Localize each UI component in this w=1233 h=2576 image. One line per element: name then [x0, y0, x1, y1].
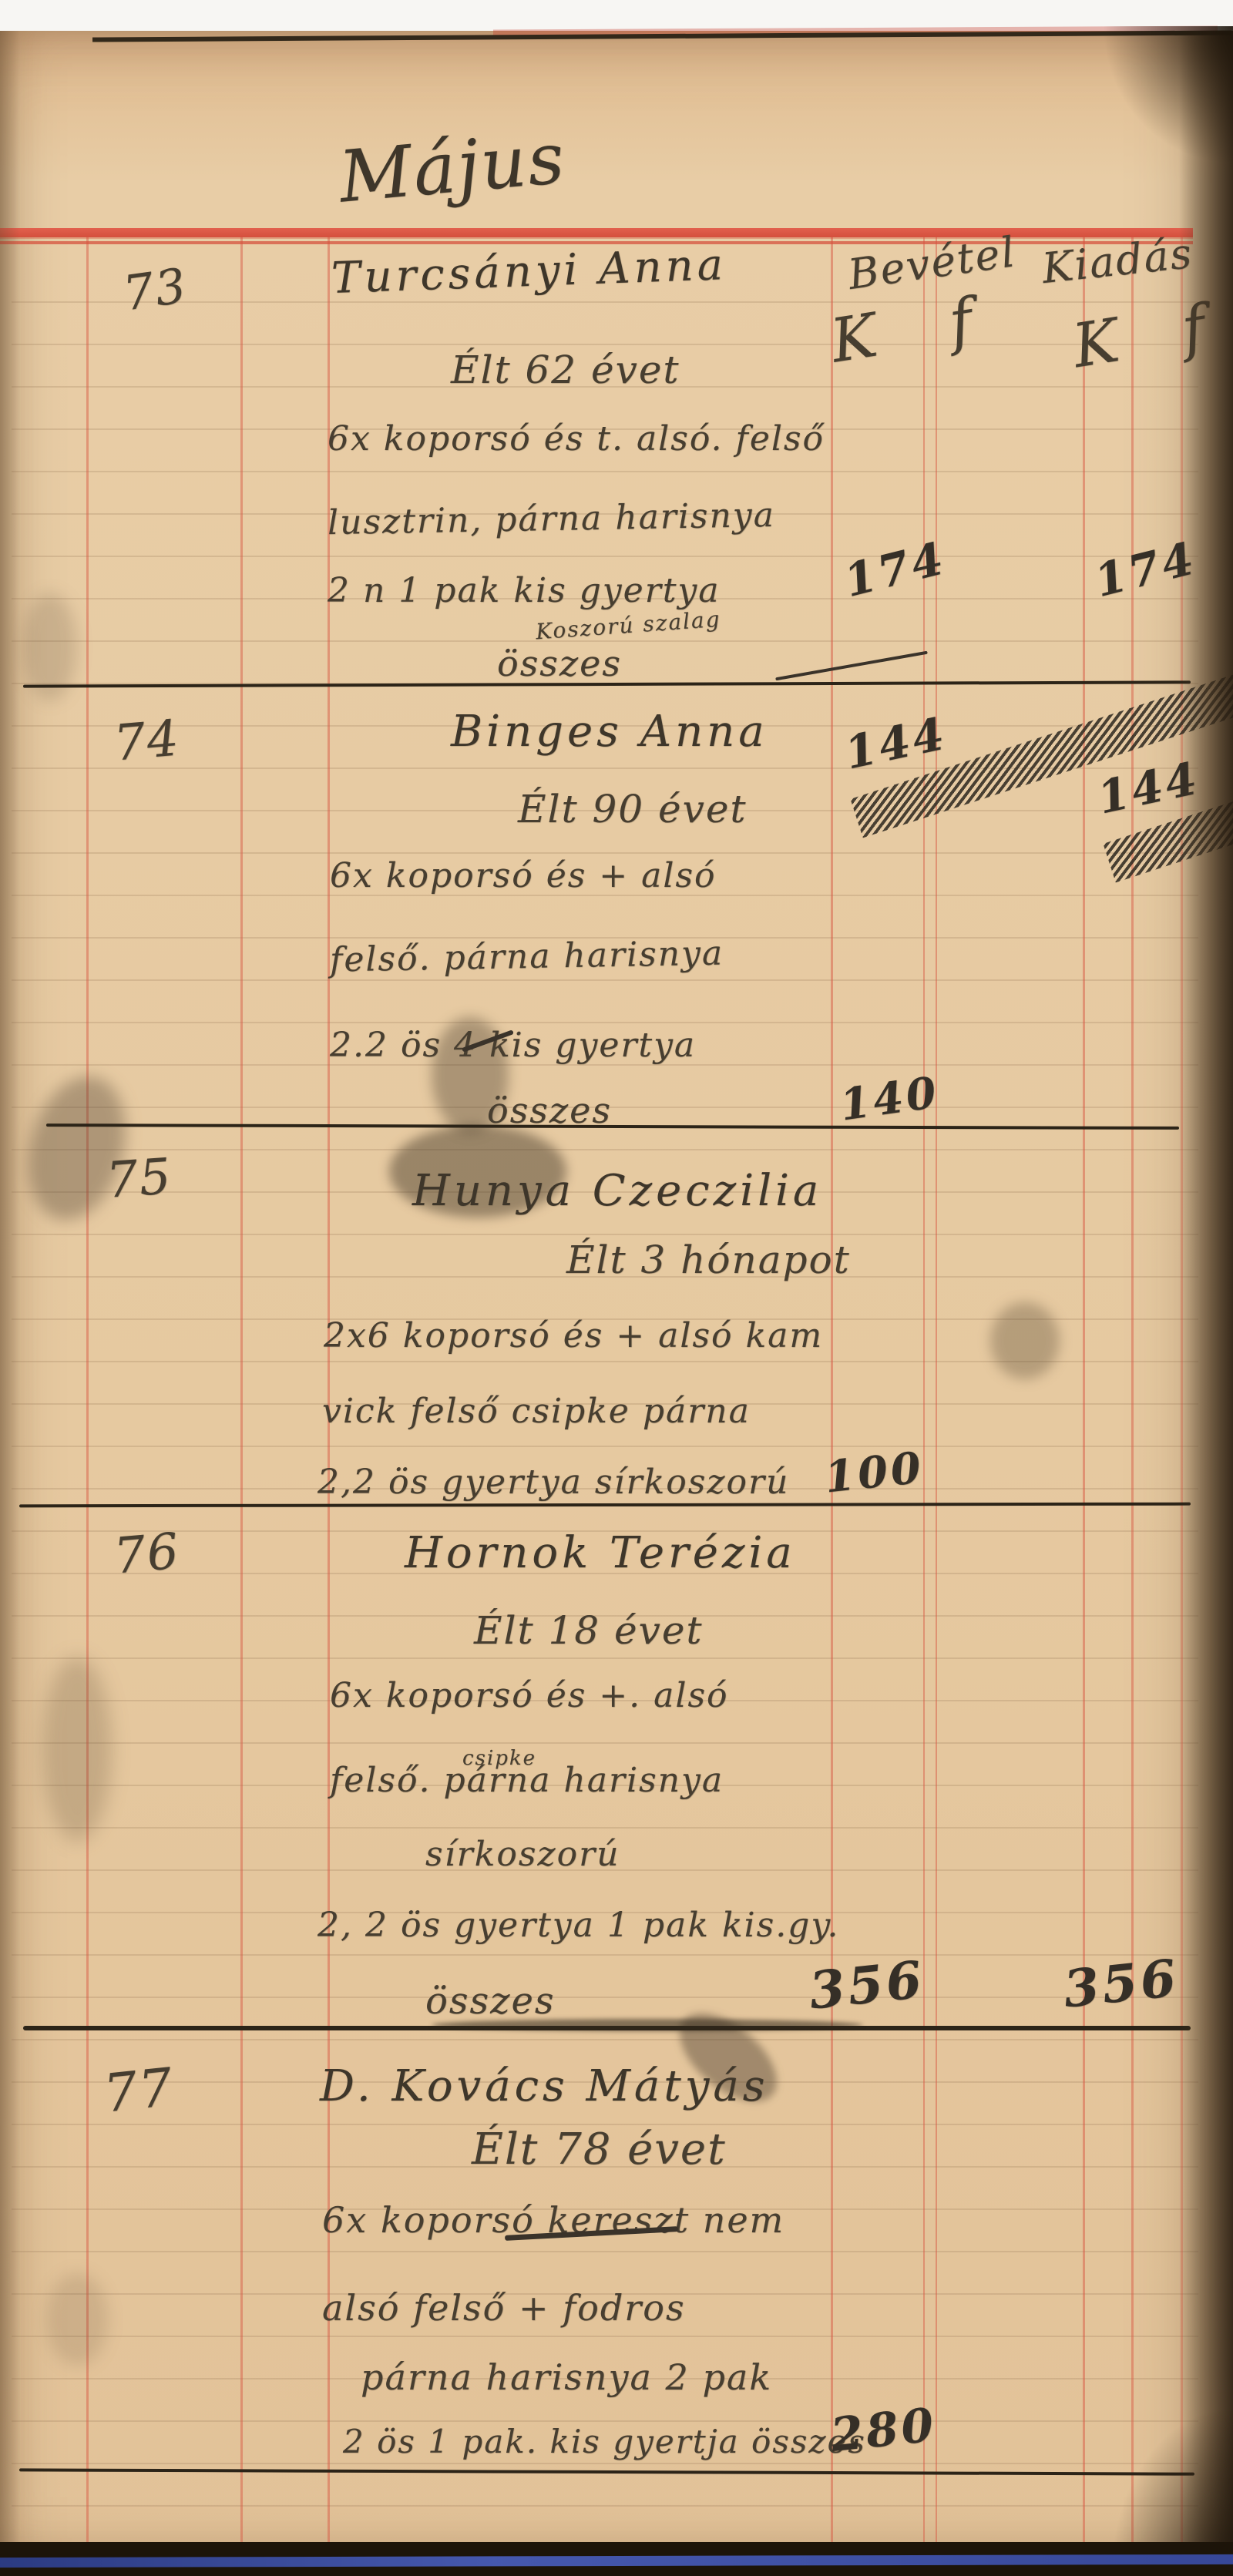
detail-line: felső. párna harisnya: [330, 937, 724, 978]
total-label: összes: [487, 1093, 612, 1128]
income-amount: 356: [807, 1953, 927, 2016]
deceased-name: D. Kovács Mátyás: [320, 2065, 768, 2108]
income-amount: 100: [822, 1446, 926, 1499]
smudged-separator: [432, 2019, 863, 2031]
detail-line: lusztrin, párna harisnya: [328, 499, 776, 540]
detail-line: párna harisnya 2 pak: [361, 2359, 772, 2395]
page-corner-shadow: [1102, 26, 1233, 165]
deceased-name: Hornok Terézia: [405, 1532, 796, 1575]
month-title: Május: [337, 123, 569, 213]
entry-number: 77: [102, 2061, 176, 2121]
income-amount: 280: [828, 2402, 939, 2459]
detail-line: vick felső csipke párna: [322, 1395, 751, 1429]
ledger-scan: Május Bevétel K f Kiadás K f 73 Turcsány…: [0, 0, 1233, 2576]
total-label: összes: [425, 1983, 556, 2020]
detail-line: 2 ös 1 pak. kis gyertja összes: [343, 2426, 866, 2458]
detail-line: 2x6 koporsó és + alsó kam: [324, 1319, 823, 1353]
detail-line: 2, 2 ös gyertya 1 pak kis.gy.: [317, 1909, 839, 1943]
age-line: Élt 62 évet: [451, 351, 680, 389]
age-line: Élt 78 évet: [472, 2128, 727, 2171]
age-line: Élt 90 évet: [518, 790, 748, 828]
entry-number: 74: [112, 714, 182, 768]
age-line: Élt 3 hónapot: [566, 1241, 851, 1279]
deceased-name: Hunya Czeczilia: [412, 1170, 822, 1213]
detail-line: sírkoszorú: [425, 1838, 620, 1872]
expense-amount: 356: [1061, 1952, 1181, 2014]
page-left-shadow: [0, 31, 20, 2576]
detail-line: 6x koporsó és + alsó: [330, 859, 717, 893]
deceased-name: Binges Anna: [451, 710, 768, 754]
ledger-entry-74: 74 Binges Anna Élt 90 évet 6x koporsó és…: [0, 717, 1233, 1125]
age-line: Élt 18 évet: [474, 1611, 704, 1650]
total-label: összes: [497, 646, 622, 681]
detail-line: 6x koporsó és t. alsó. felső: [328, 422, 825, 456]
deceased-name: Turcsányi Anna: [331, 243, 727, 301]
ledger-entry-75: 75 Hunya Czeczilia Élt 3 hónapot 2x6 kop…: [0, 1148, 1233, 1506]
ledger-entry-77: 77 D. Kovács Mátyás Élt 78 évet 6x kopor…: [0, 2065, 1233, 2497]
ledger-entry-76: 76 Hornok Terézia Élt 18 évet 6x koporsó…: [0, 1530, 1233, 2027]
detail-line: 2,2 ös gyertya sírkoszorú: [317, 1466, 789, 1500]
detail-line: felső. párna harisnya: [330, 1764, 724, 1798]
ledger-entry-73: 73 Turcsányi Anna Élt 62 évet 6x koporsó…: [0, 250, 1233, 686]
red-header-band: [0, 228, 1193, 237]
entry-number: 75: [105, 1152, 174, 1206]
detail-line: 2 n 1 pak kis gyertya: [328, 574, 721, 608]
detail-line: Koszorú szalag: [535, 609, 721, 643]
detail-line: 6x koporsó és +. alsó: [330, 1679, 729, 1713]
entry-number: 76: [112, 1526, 182, 1581]
income-amount: 174: [840, 536, 950, 603]
page-right-shadow: [1179, 31, 1233, 2576]
income-amount: 140: [838, 1070, 942, 1127]
entry-number: 73: [120, 262, 190, 318]
detail-line: alsó felső + fodros: [322, 2290, 686, 2326]
